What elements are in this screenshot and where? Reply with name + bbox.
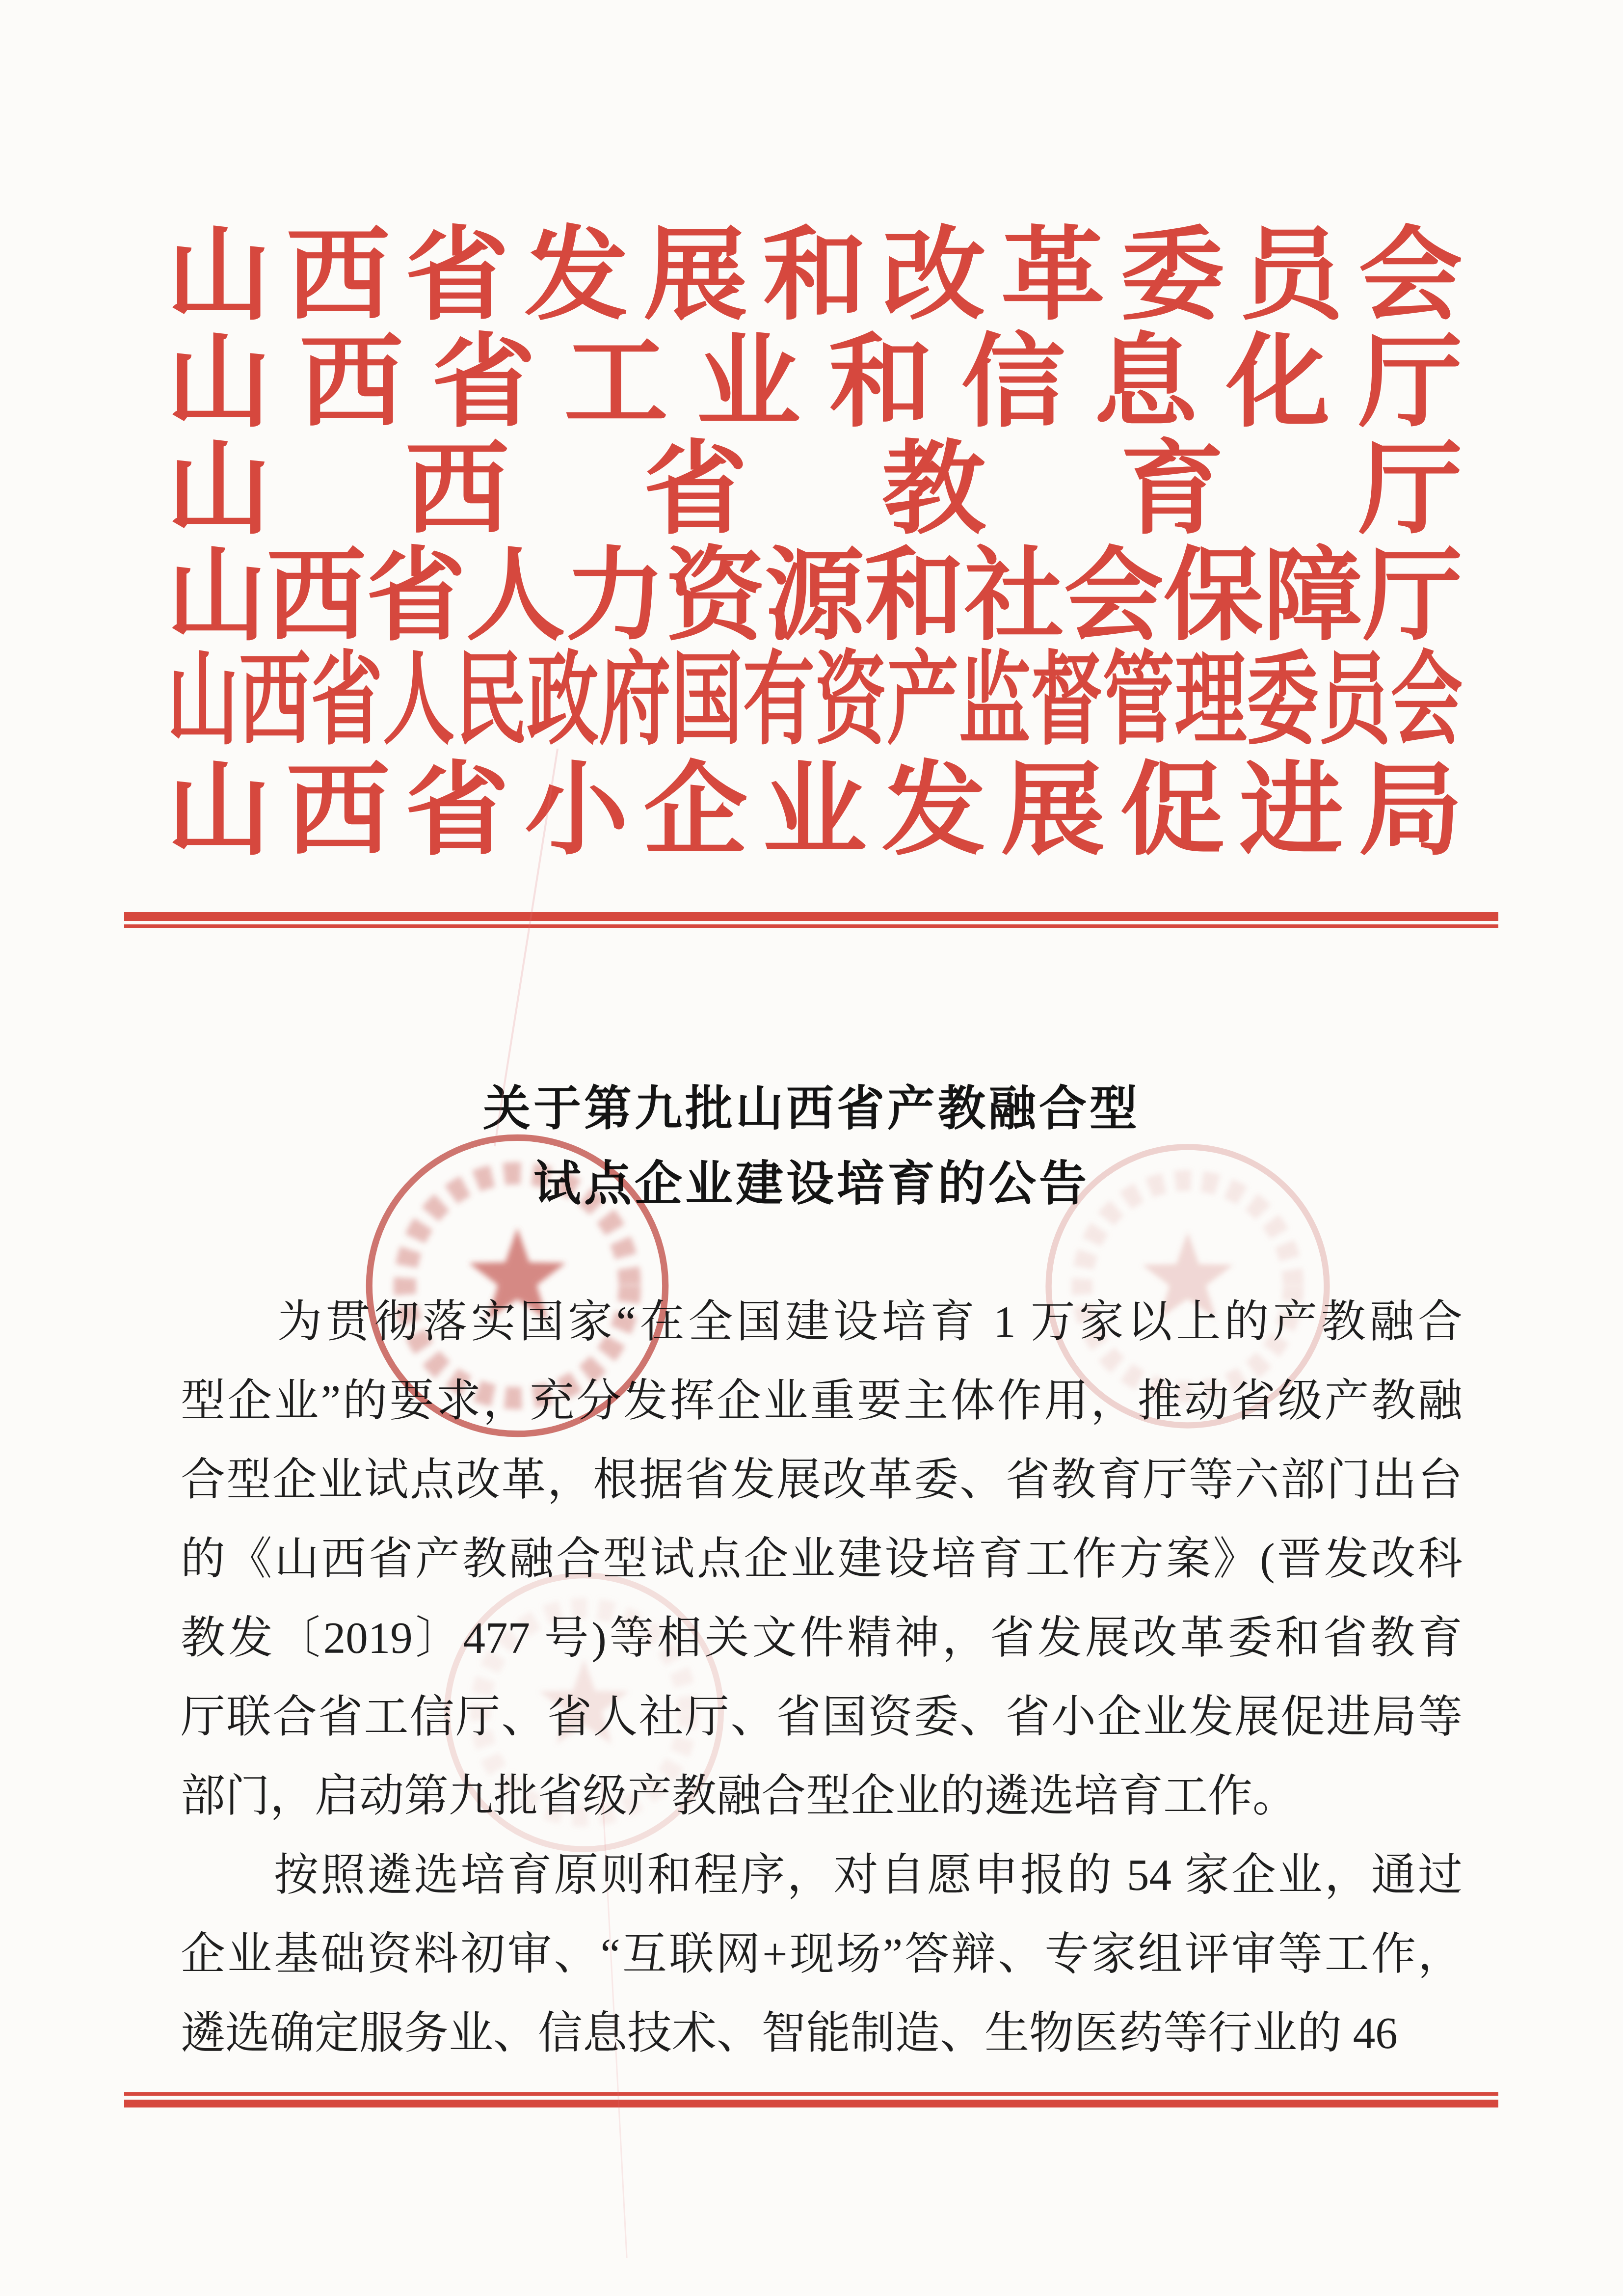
body-line: 型企业”的要求，充分发挥企业重要主体作用，推动省级产教融 bbox=[181, 1361, 1463, 1440]
letterhead-char: 山 bbox=[167, 439, 271, 540]
letterhead-char: 西 bbox=[405, 439, 509, 540]
letterhead-char: 和 bbox=[763, 225, 867, 326]
letterhead-char: 小 bbox=[524, 760, 628, 862]
letterhead-char: 西 bbox=[266, 546, 366, 647]
letterhead-line: 山西省小企业发展促进局 bbox=[167, 757, 1463, 864]
document-body: 为贯彻落实国家“在全国建设培育 1 万家以上的产教融合型企业”的要求，充分发挥企… bbox=[181, 1282, 1463, 2073]
body-line: 为贯彻落实国家“在全国建设培育 1 万家以上的产教融合 bbox=[181, 1282, 1463, 1361]
letterhead-char: 省 bbox=[643, 439, 747, 540]
letterhead-char: 会 bbox=[1390, 650, 1463, 751]
letterhead-char: 监 bbox=[958, 650, 1031, 751]
letterhead-char: 西 bbox=[299, 332, 403, 433]
letterhead-char: 资 bbox=[665, 546, 765, 647]
letterhead-char: 省 bbox=[405, 760, 509, 862]
letterhead-char: 员 bbox=[1239, 225, 1343, 326]
document-page: 山西省发展和改革委员会山西省工业和信息化厅山西省教育厅山西省人力资源和社会保障厅… bbox=[0, 0, 1623, 2296]
letterhead-char: 力 bbox=[565, 546, 665, 647]
body-line: 按照遴选培育原则和程序，对自愿申报的 54 家企业，通过 bbox=[181, 1836, 1463, 1915]
letterhead-char: 源 bbox=[765, 546, 864, 647]
letterhead-char: 理 bbox=[1174, 650, 1247, 751]
letterhead-char: 业 bbox=[696, 332, 800, 433]
body-line: 合型企业试点改革，根据省发展改革委、省教育厅等六部门出台 bbox=[181, 1440, 1463, 1519]
letterhead-char: 工 bbox=[564, 332, 668, 433]
body-line: 教发〔2019〕477 号)等相关文件精神，省发展改革委和省教育 bbox=[181, 1598, 1463, 1677]
letterhead-char: 人 bbox=[383, 650, 455, 751]
letterhead-char: 民 bbox=[455, 650, 527, 751]
letterhead-char: 省 bbox=[432, 332, 536, 433]
letterhead-char: 化 bbox=[1226, 332, 1330, 433]
letterhead-char: 息 bbox=[1093, 332, 1197, 433]
letterhead-char: 发 bbox=[524, 225, 628, 326]
letterhead-char: 和 bbox=[865, 546, 964, 647]
letterhead-char: 委 bbox=[1120, 225, 1224, 326]
letterhead-char: 省 bbox=[366, 546, 466, 647]
body-line: 企业基础资料初审、“互联网+现场”答辩、专家组评审等工作， bbox=[181, 1915, 1463, 1994]
letterhead-char: 改 bbox=[882, 225, 986, 326]
document-title: 关于第九批山西省产教融合型 试点企业建设培育的公告 bbox=[0, 1071, 1623, 1221]
letterhead-char: 有 bbox=[743, 650, 815, 751]
letterhead-char: 西 bbox=[239, 650, 311, 751]
letterhead-char: 山 bbox=[167, 760, 271, 862]
body-line: 部门，启动第九批省级产教融合型企业的遴选培育工作。 bbox=[181, 1756, 1463, 1836]
letterhead-char: 厅 bbox=[1363, 546, 1463, 647]
separator-thick-bar bbox=[124, 912, 1498, 921]
title-line-1: 关于第九批山西省产教融合型 bbox=[0, 1071, 1623, 1146]
letterhead-char: 资 bbox=[815, 650, 887, 751]
letterhead-char: 社 bbox=[964, 546, 1064, 647]
letterhead-char: 山 bbox=[167, 332, 271, 433]
red-separator-top bbox=[124, 912, 1498, 928]
letterhead-char: 发 bbox=[882, 760, 986, 862]
body-line: 厅联合省工信厅、省人社厅、省国资委、省小企业发展促进局等 bbox=[181, 1677, 1463, 1756]
separator-thin-bar bbox=[124, 2092, 1498, 2096]
letterhead-char: 厅 bbox=[1358, 439, 1463, 540]
letterhead-char: 国 bbox=[671, 650, 743, 751]
letterhead-line: 山西省发展和改革委员会 bbox=[167, 222, 1463, 329]
letterhead-char: 育 bbox=[1120, 439, 1224, 540]
letterhead-char: 教 bbox=[882, 439, 986, 540]
letterhead-line: 山西省人力资源和社会保障厅 bbox=[167, 543, 1463, 650]
letterhead-char: 省 bbox=[405, 225, 509, 326]
letterhead-char: 西 bbox=[286, 225, 390, 326]
letterhead-char: 人 bbox=[466, 546, 565, 647]
separator-thin-bar bbox=[124, 924, 1498, 928]
letterhead-char: 产 bbox=[887, 650, 959, 751]
letterhead-char: 政 bbox=[527, 650, 599, 751]
letterhead-char: 和 bbox=[829, 332, 933, 433]
letterhead-char: 保 bbox=[1164, 546, 1263, 647]
separator-thick-bar bbox=[124, 2100, 1498, 2107]
letterhead-char: 会 bbox=[1358, 225, 1463, 326]
letterhead-char: 促 bbox=[1120, 760, 1224, 862]
red-separator-bottom bbox=[124, 2092, 1498, 2107]
letterhead-char: 展 bbox=[643, 225, 747, 326]
letterhead-char: 局 bbox=[1358, 760, 1463, 862]
letterhead-char: 西 bbox=[286, 760, 390, 862]
letterhead-char: 员 bbox=[1319, 650, 1391, 751]
title-line-2: 试点企业建设培育的公告 bbox=[0, 1146, 1623, 1221]
letterhead-char: 会 bbox=[1064, 546, 1164, 647]
letterhead-char: 山 bbox=[167, 225, 271, 326]
letterhead-char: 省 bbox=[311, 650, 383, 751]
letterhead-char: 山 bbox=[167, 650, 239, 751]
letterhead-line: 山西省人民政府国有资产监督管理委员会 bbox=[167, 650, 1463, 757]
letterhead-char: 企 bbox=[643, 760, 747, 862]
letterhead: 山西省发展和改革委员会山西省工业和信息化厅山西省教育厅山西省人力资源和社会保障厅… bbox=[167, 222, 1463, 864]
letterhead-char: 管 bbox=[1103, 650, 1175, 751]
body-line: 遴选确定服务业、信息技术、智能制造、生物医药等行业的 46 bbox=[181, 1994, 1463, 2073]
letterhead-line: 山西省工业和信息化厅 bbox=[167, 329, 1463, 436]
letterhead-char: 革 bbox=[1001, 225, 1105, 326]
letterhead-char: 厅 bbox=[1358, 332, 1463, 433]
letterhead-char: 障 bbox=[1263, 546, 1363, 647]
body-line: 的《山西省产教融合型试点企业建设培育工作方案》(晋发改科 bbox=[181, 1519, 1463, 1598]
letterhead-char: 展 bbox=[1001, 760, 1105, 862]
letterhead-char: 业 bbox=[763, 760, 867, 862]
letterhead-char: 山 bbox=[167, 546, 266, 647]
letterhead-char: 信 bbox=[961, 332, 1065, 433]
letterhead-char: 督 bbox=[1031, 650, 1103, 751]
letterhead-char: 委 bbox=[1247, 650, 1319, 751]
letterhead-char: 进 bbox=[1239, 760, 1343, 862]
letterhead-char: 府 bbox=[599, 650, 671, 751]
letterhead-line: 山西省教育厅 bbox=[167, 436, 1463, 543]
